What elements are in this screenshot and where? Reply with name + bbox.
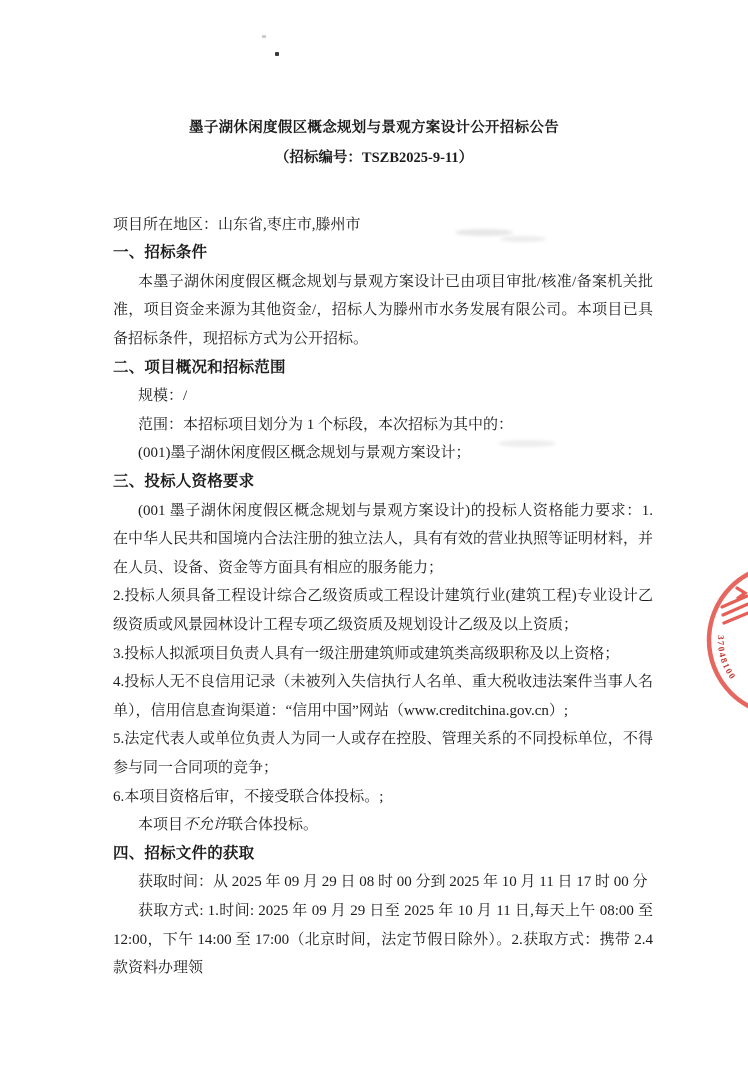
scan-speck xyxy=(262,35,266,38)
qualification-requirement-1: (001 墨子湖休闲度假区概念规划与景观方案设计)的投标人资格能力要求：1. 在… xyxy=(113,497,653,583)
qualification-requirement-4: 4.投标人无不良信用记录（未被列入失信执行人名单、重大税收违法案件当事人名单），… xyxy=(113,668,653,725)
joint-venture-note: 本项目不允许联合体投标。 xyxy=(113,811,653,840)
qualification-requirement-3: 3.投标人拟派项目负责人具有一级注册建筑师或建筑类高级职称及以上资格； xyxy=(113,640,653,669)
scanned-tender-document-page: 墨子湖休闲度假区概念规划与景观方案设计公开招标公告 （招标编号：TSZB2025… xyxy=(0,0,748,1078)
section-2-heading: 二、项目概况和招标范围 xyxy=(113,354,653,383)
joint-venture-note-suffix: 联合体投标。 xyxy=(228,817,318,833)
seal-emblem-strokes xyxy=(722,588,748,623)
qualification-requirement-6: 6.本项目资格后审，不接受联合体投标。; xyxy=(113,783,653,812)
document-title: 墨子湖休闲度假区概念规划与景观方案设计公开招标公告 xyxy=(0,117,748,139)
section-4-heading: 四、招标文件的获取 xyxy=(113,840,653,869)
tender-number-line: （招标编号：TSZB2025-9-11） xyxy=(0,147,748,169)
section-1-heading: 一、招标条件 xyxy=(113,239,653,268)
seal-ring xyxy=(709,565,748,715)
lot-item-line: (001)墨子湖休闲度假区概念规划与景观方案设计； xyxy=(113,439,653,468)
section-1-paragraph: 本墨子湖休闲度假区概念规划与景观方案设计已由项目审批/核准/备案机关批准，项目资… xyxy=(113,268,653,354)
seal-serial-digits: 37048100 xyxy=(716,635,739,682)
section-3-heading: 三、投标人资格要求 xyxy=(113,468,653,497)
project-location-line: 项目所在地区：山东省,枣庄市,滕州市 xyxy=(113,211,653,240)
scope-line: 范围：本招标项目划分为 1 个标段，本次招标为其中的： xyxy=(113,411,653,440)
official-seal-graphic: 37048100 xyxy=(660,540,748,760)
scan-smudge xyxy=(455,229,513,236)
joint-venture-note-emphasis: 不允许 xyxy=(183,817,228,833)
obtain-method-line: 获取方式: 1.时间: 2025 年 09 月 29 日至 2025 年 10 … xyxy=(113,897,653,983)
obtain-time-line: 获取时间：从 2025 年 09 月 29 日 08 时 00 分到 2025 … xyxy=(113,868,653,897)
scale-line: 规模：/ xyxy=(113,382,653,411)
scan-speck xyxy=(275,52,279,56)
qualification-requirement-5: 5.法定代表人或单位负责人为同一人或存在控股、管理关系的不同投标单位，不得参与同… xyxy=(113,725,653,782)
scan-smudge xyxy=(500,236,546,242)
joint-venture-note-prefix: 本项目 xyxy=(138,817,183,833)
official-seal: 37048100 xyxy=(660,540,748,760)
scan-smudge xyxy=(498,440,556,447)
qualification-requirement-2: 2.投标人须具备工程设计综合乙级资质或工程设计建筑行业(建筑工程)专业设计乙级资… xyxy=(113,582,653,639)
document-body: 项目所在地区：山东省,枣庄市,滕州市 一、招标条件 本墨子湖休闲度假区概念规划与… xyxy=(113,211,653,983)
